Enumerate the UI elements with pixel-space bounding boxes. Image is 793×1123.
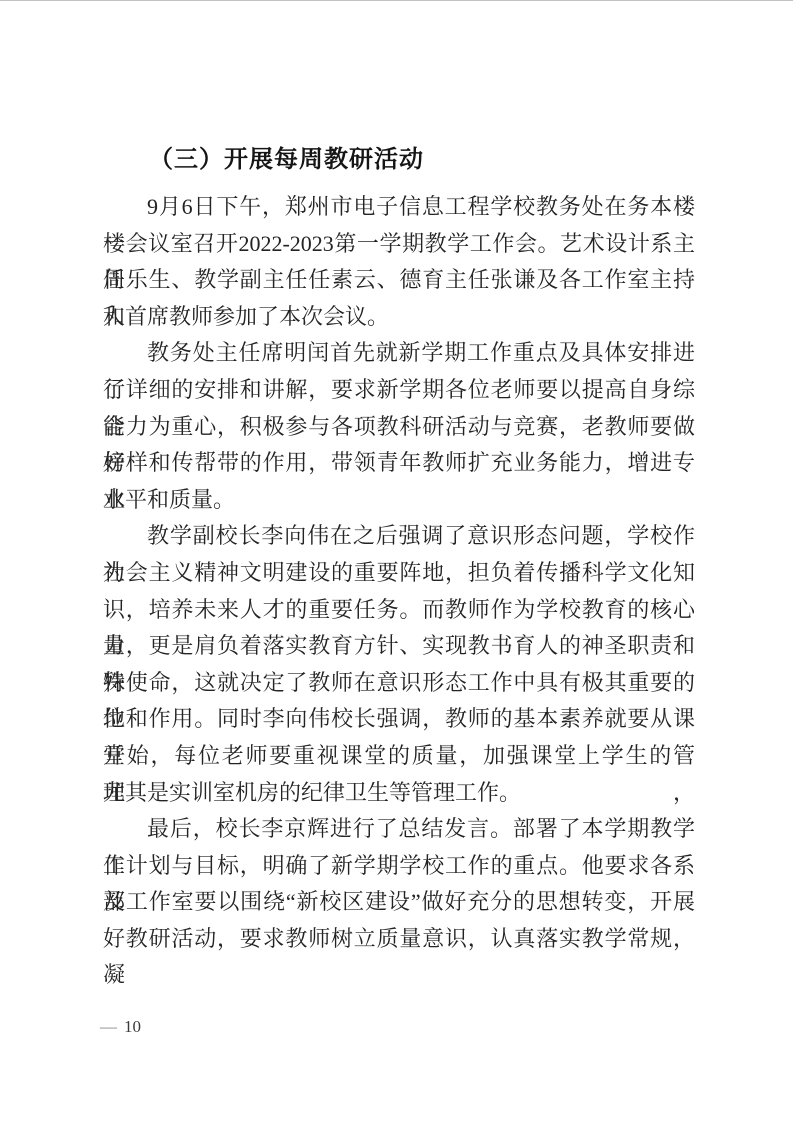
text-line: 榜样和传帮带的作用，带领青年教师扩充业务能力，增进专业: [103, 445, 695, 482]
page-number: 10: [124, 1017, 141, 1036]
text-line: 水平和质量。: [103, 482, 695, 519]
text-line: 9月6日下午，郑州市电子信息工程学校教务处在务本楼一: [103, 189, 695, 226]
text-line: 殊使命，这就决定了教师在意识形态工作中具有极其重要的地: [103, 665, 695, 702]
text-line: 位和作用。同时李向伟校长强调，教师的基本素养就要从课堂: [103, 701, 695, 738]
page-footer: —10: [100, 1015, 141, 1039]
document-page: （三）开展每周教研活动 9月6日下午，郑州市电子信息工程学校教务处在务本楼一 楼…: [0, 0, 793, 1123]
text-line: 楼会议室召开2022-2023第一学期教学工作会。艺术设计系主任: [103, 226, 695, 263]
text-line: 量，更是肩负着落实教育方针、实现教书育人的神圣职责和特: [103, 628, 695, 665]
text-line: 周乐生、教学副主任任素云、德育主任张谦及各工作室主持人: [103, 262, 695, 299]
page-number-dash: —: [100, 1017, 119, 1036]
text-line: 和首席教师参加了本次会议。: [103, 299, 695, 336]
text-line: 教务处主任席明闰首先就新学期工作重点及具体安排进行: [103, 335, 695, 372]
text-line: 及工作室要以围绕“新校区建设”做好充分的思想转变，开展: [103, 884, 695, 921]
document-body: 9月6日下午，郑州市电子信息工程学校教务处在务本楼一 楼会议室召开2022-20…: [103, 189, 695, 957]
section-heading: （三）开展每周教研活动: [103, 143, 695, 177]
text-line: 最后，校长李京辉进行了总结发言。部署了本学期教学工: [103, 811, 695, 848]
text-line: 好教研活动，要求教师树立质量意识，认真落实教学常规，凝: [103, 921, 695, 958]
text-line: 作计划与目标，明确了新学期学校工作的重点。他要求各系部: [103, 848, 695, 885]
text-line: 能力为重心，积极参与各项教科研活动与竞赛，老教师要做好: [103, 409, 695, 446]
text-line: 开始，每位老师要重视课堂的质量，加强课堂上学生的管理，: [103, 738, 695, 775]
text-line: 了详细的安排和讲解，要求新学期各位老师要以提高自身综合: [103, 372, 695, 409]
text-line: 社会主义精神文明建设的重要阵地，担负着传播科学文化知: [103, 555, 695, 592]
text-line: 识，培养未来人才的重要任务。而教师作为学校教育的核心力: [103, 592, 695, 629]
text-line: 教学副校长李向伟在之后强调了意识形态问题，学校作为: [103, 518, 695, 555]
